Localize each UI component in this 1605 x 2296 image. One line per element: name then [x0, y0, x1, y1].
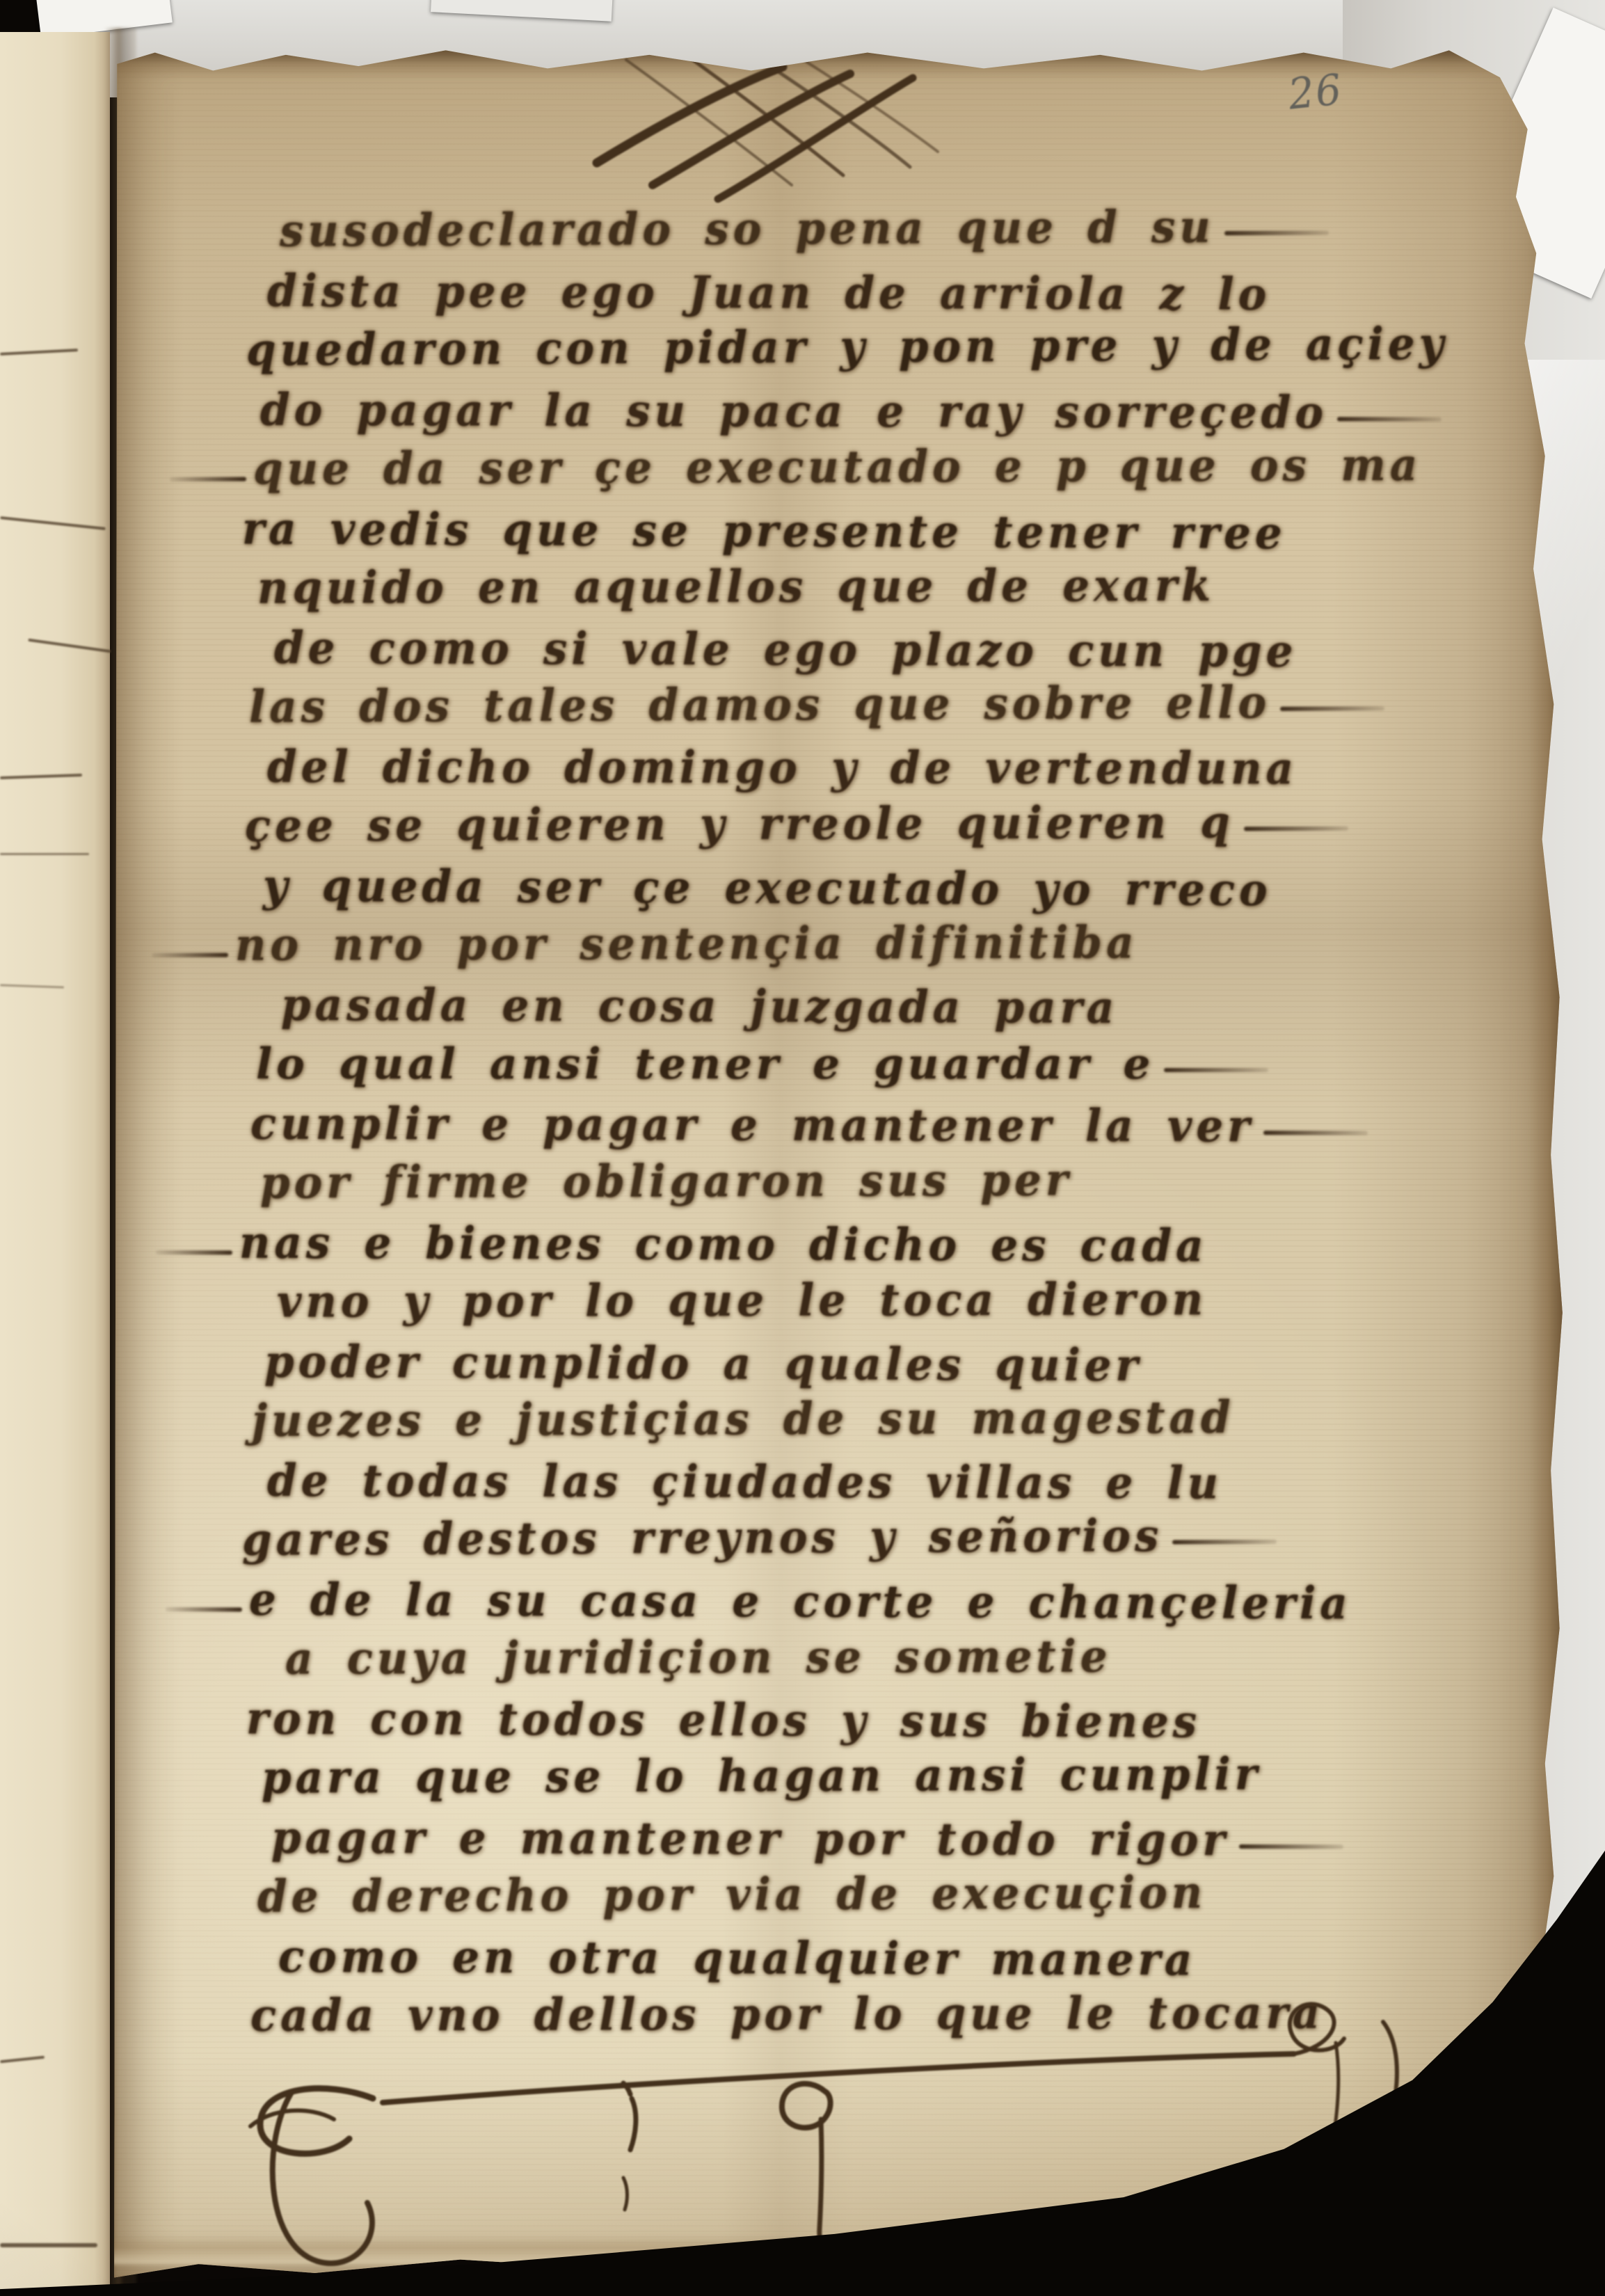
manuscript-line: e de la su casa e corte e chançeleria [249, 1569, 1432, 1635]
manuscript-line: çee se quieren y rreole quieren q [245, 791, 1428, 857]
show-through-ink-mark [28, 639, 111, 653]
manuscript-line: juezes e justiçias de su magestad [252, 1386, 1435, 1452]
manuscript-line: para que se lo hagan ansi cunplir [262, 1743, 1444, 1809]
manuscript-line: nas e bienes como dicho es cada [239, 1212, 1422, 1278]
show-through-ink-mark [0, 2243, 97, 2247]
manuscript-line: que da ser çe executado e p que os ma [253, 434, 1436, 500]
show-through-ink-mark [0, 2056, 45, 2064]
manuscript-line: lo qual ansi tener e guardar e [256, 1035, 1439, 1094]
manuscript-line: cunplir e pagar e mantener la ver [250, 1093, 1433, 1158]
show-through-ink-mark [0, 349, 78, 356]
manuscript-line: gares destos rreynos y señorios [242, 1504, 1425, 1571]
folio-number: 26 [1286, 64, 1345, 119]
facing-page-edge [0, 32, 110, 2296]
manuscript-line: quedaron con pidar y pon pre y de açiey [246, 313, 1429, 381]
manuscript-line: pasada en cosa juzgada para [281, 974, 1464, 1040]
manuscript-line: a cuya juridiçion se sometie [285, 1625, 1468, 1690]
manuscript-line: las dos tales damos que sobre ello [249, 671, 1432, 738]
show-through-ink-mark [0, 774, 82, 779]
manuscript-line: do pagar la su paca e ray sorreçedo [260, 379, 1443, 444]
manuscript-photo: 26 susodeclarado so pena que d su dista … [0, 0, 1605, 2296]
manuscript-line: nquido en aquellos que de exark [257, 555, 1440, 619]
manuscript-line: de derecho por via de execuçion [257, 1861, 1440, 1928]
show-through-ink-mark [0, 853, 89, 855]
manuscript-line: por firme obligaron sus per [260, 1148, 1443, 1214]
manuscript-line: no nro por sentençia difinitiba [235, 911, 1418, 976]
text-block: susodeclarado so pena que d su dista pee… [256, 202, 1439, 2046]
manuscript-line: susodeclarado so pena que d su [280, 196, 1462, 262]
show-through-ink-mark [0, 516, 106, 530]
manuscript-line: vno y por lo que le toca dieron [277, 1268, 1460, 1333]
show-through-ink-mark [0, 984, 64, 988]
manuscript-line: del dicho domingo y de vertenduna [267, 736, 1450, 800]
manuscript-page: 26 susodeclarado so pena que d su dista … [111, 28, 1565, 2282]
